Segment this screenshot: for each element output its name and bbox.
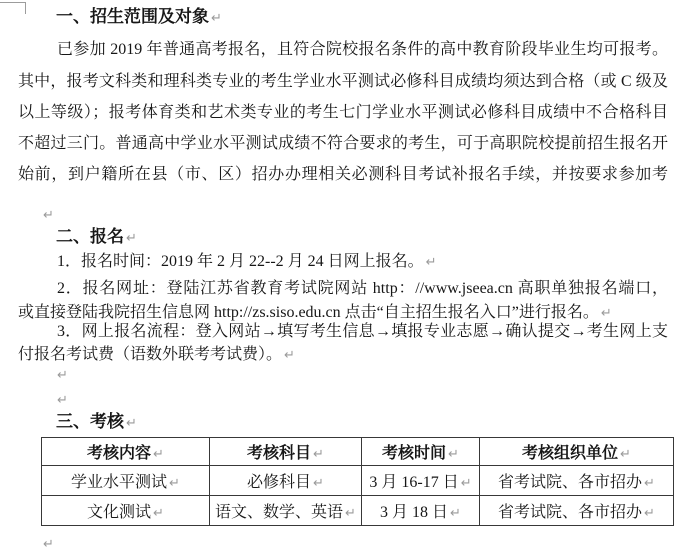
table-cell: 3 月 16-17 日↵: [362, 466, 480, 496]
section1-heading: 一、招生范围及对象↵: [56, 6, 222, 30]
paragraph-mark: ↵: [601, 306, 612, 321]
cell-end-mark: ↵: [448, 447, 459, 462]
cell-end-mark: ↵: [153, 447, 164, 462]
paragraph-line: 以上等级）；报考体育类和艺术类专业的考生七门学业水平测试必修科目成绩中不合格科目: [18, 102, 668, 123]
empty-paragraph-mark: ↵: [43, 538, 54, 551]
header-text: 考核组织单位: [522, 445, 618, 462]
cell-end-mark: ↵: [461, 476, 472, 491]
paragraph-line: 已参加 2019 年普通高考报名，且符合院校报名条件的高中教育阶段毕业生均可报考…: [18, 39, 668, 60]
cell-end-mark: ↵: [450, 506, 461, 521]
section1-heading-text: 一、招生范围及对象: [56, 7, 209, 26]
table-header-cell: 考核内容↵: [42, 438, 210, 466]
empty-paragraph-mark: ↵: [57, 369, 68, 382]
empty-paragraph-mark: ↵: [43, 209, 54, 222]
list-item-3-line-2: 付报名考试费（语数外联考考试费）。↵: [18, 344, 668, 366]
table-cell: 3 月 18 日↵: [362, 496, 480, 526]
section2-heading-text: 二、报名: [56, 227, 124, 246]
list-item-3-line-1: 3．网上报名流程：登入网站→填写考生信息→填报专业志愿→确认提交→考生网上支: [18, 321, 668, 342]
table-cell: 省考试院、各市招办↵: [480, 466, 674, 496]
header-text: 考核科目: [247, 445, 311, 462]
section3-heading: 三、考核↵: [56, 411, 137, 435]
paragraph-mark: ↵: [426, 255, 437, 270]
table-cell: 学业水平测试↵: [42, 466, 210, 496]
paragraph-mark: ↵: [126, 231, 137, 246]
list-item-text: 付报名考试费（语数外联考考试费）。: [18, 346, 282, 363]
table-cell: 必修科目↵: [210, 466, 362, 496]
table-row: 学业水平测试↵ 必修科目↵ 3 月 16-17 日↵ 省考试院、各市招办↵: [42, 466, 674, 496]
cell-text: 省考试院、各市招办: [498, 474, 642, 491]
cell-text: 学业水平测试: [71, 474, 167, 491]
list-item-1: 1．报名时间：2019 年 2 月 22--2 月 24 日网上报名。↵: [18, 251, 668, 273]
paragraph-line: 不超过三门。普通高中学业水平测试成绩不符合要求的考生，可于高职院校提前招生报名开: [18, 133, 668, 154]
paragraph-line: 始前，到户籍所在县（市、区）招办办理相关必测科目考试补报名手续，并按要求参加考试…: [18, 164, 668, 185]
paragraph-text: 已参加 2019 年普通高考报名，且符合院校报名条件的高中教育阶段毕业生均可报考…: [57, 41, 668, 58]
paragraph-mark: ↵: [211, 11, 222, 26]
cell-end-mark: ↵: [153, 506, 164, 521]
paragraph-text: 不超过三门。普通高中学业水平测试成绩不符合要求的考生，可于高职院校提前招生报名开: [18, 135, 668, 152]
list-item-text: 3．网上报名流程：登入网站→填写考生信息→填报专业志愿→确认提交→考生网上支: [57, 323, 668, 340]
assessment-table: 考核内容↵ 考核科目↵ 考核时间↵ 考核组织单位↵ 学业水平测试↵ 必修科目↵ …: [41, 437, 674, 526]
cell-text: 必修科目: [247, 474, 311, 491]
header-text: 考核时间: [382, 445, 446, 462]
cell-end-mark: ↵: [313, 476, 324, 491]
table-cell: 文化测试↵: [42, 496, 210, 526]
cell-text: 省考试院、各市招办: [498, 504, 642, 521]
section2-heading: 二、报名↵: [56, 226, 137, 250]
table-cell: 语文、数学、英语↵: [210, 496, 362, 526]
paragraph-text: 始前，到户籍所在县（市、区）招办办理相关必测科目考试补报名手续，并按要求参加考试…: [18, 166, 668, 185]
cell-text: 文化测试: [87, 504, 151, 521]
cell-end-mark: ↵: [620, 447, 631, 462]
table-header-cell: 考核科目↵: [210, 438, 362, 466]
cell-text: 3 月 18 日: [380, 504, 448, 521]
table-header-cell: 考核组织单位↵: [480, 438, 674, 466]
cell-end-mark: ↵: [644, 506, 655, 521]
paragraph-line: 其中，报考文科类和理科类专业的考生学业水平测试必修科目成绩均须达到合格（或 C …: [18, 71, 668, 92]
table-row: 文化测试↵ 语文、数学、英语↵ 3 月 18 日↵ 省考试院、各市招办↵: [42, 496, 674, 526]
table-cell: 省考试院、各市招办↵: [480, 496, 674, 526]
cell-end-mark: ↵: [345, 506, 356, 521]
list-item-text: 或直接登陆我院招生信息网 http://zs.siso.edu.cn 点击“自主…: [18, 304, 599, 321]
header-text: 考核内容: [87, 445, 151, 462]
list-item-2-line-1: 2．报名网址：登陆江苏省教育考试院网站 http：//www.jseea.cn …: [18, 278, 668, 299]
paragraph-mark: ↵: [126, 416, 137, 431]
cell-end-mark: ↵: [169, 476, 180, 491]
paragraph-text: 其中，报考文科类和理科类专业的考生学业水平测试必修科目成绩均须达到合格（或 C …: [18, 73, 668, 90]
empty-paragraph-mark: ↵: [57, 394, 68, 407]
cell-end-mark: ↵: [644, 476, 655, 491]
cell-end-mark: ↵: [313, 447, 324, 462]
paragraph-mark: ↵: [284, 348, 295, 363]
list-item-text: 1．报名时间：2019 年 2 月 22--2 月 24 日网上报名。: [57, 253, 424, 270]
document-page: 一、招生范围及对象↵ 已参加 2019 年普通高考报名，且符合院校报名条件的高中…: [0, 0, 682, 556]
table-header-row: 考核内容↵ 考核科目↵ 考核时间↵ 考核组织单位↵: [42, 438, 674, 466]
paragraph-text: 以上等级）；报考体育类和艺术类专业的考生七门学业水平测试必修科目成绩中不合格科目: [18, 104, 668, 121]
text-boundary-crop-mark: [0, 2, 26, 14]
section3-heading-text: 三、考核: [56, 412, 124, 431]
list-item-text: 2．报名网址：登陆江苏省教育考试院网站 http：//www.jseea.cn …: [57, 280, 668, 297]
cell-text: 语文、数学、英语: [215, 504, 343, 521]
table-header-cell: 考核时间↵: [362, 438, 480, 466]
cell-text: 3 月 16-17 日: [369, 474, 458, 491]
